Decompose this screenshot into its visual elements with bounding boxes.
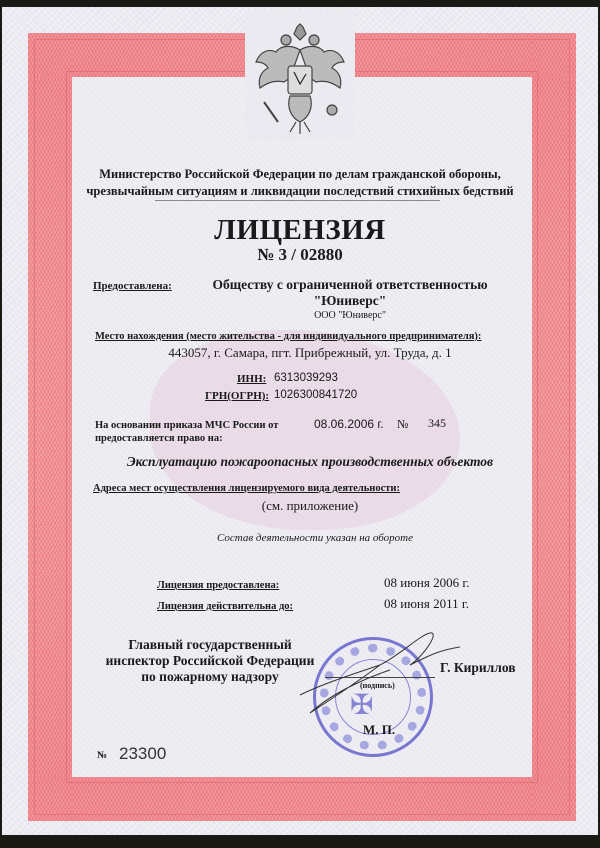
basis-number-label: № xyxy=(397,417,408,432)
licensed-activity: Эксплуатацию пожароопасных производствен… xyxy=(100,454,520,470)
handwritten-signature xyxy=(290,625,460,715)
issued-label: Лицензия предоставлена: xyxy=(157,580,279,591)
issued-value: 08 июня 2006 г. xyxy=(384,575,469,591)
signer-title-line-2: инспектор Российской Федерации xyxy=(100,653,320,669)
valid-value: 08 июня 2011 г. xyxy=(384,596,469,612)
ogrn-label: ГРН(ОГРН): xyxy=(205,390,269,402)
form-number: 23300 xyxy=(119,744,166,764)
granted-to-line-2: "Юниверс" xyxy=(200,293,500,309)
inn-label: ИНН: xyxy=(237,373,266,385)
ministry-line-1: Министерство Российской Федерации по дел… xyxy=(80,166,520,183)
granted-to-label: Предоставлена: xyxy=(93,280,172,292)
composition-note: Состав деятельности указан на обороте xyxy=(190,532,440,544)
addresses-value: (см. приложение) xyxy=(200,498,420,514)
valid-label: Лицензия действительна до: xyxy=(157,601,293,612)
license-title: ЛИЦЕНЗИЯ xyxy=(200,214,400,247)
license-number: № 3 / 02880 xyxy=(200,245,400,265)
signer-title: Главный государственный инспектор Россий… xyxy=(100,637,320,685)
granted-to-short: ООО "Юниверс" xyxy=(200,310,500,321)
location-value: 443057, г. Самара, пгт. Прибрежный, ул. … xyxy=(120,345,500,361)
ministry-line-2: чрезвычайным ситуациям и ликвидации посл… xyxy=(80,183,520,200)
basis-label-line-2: предоставляется право на: xyxy=(95,433,223,444)
basis-label-line-1: На основании приказа МЧС России от xyxy=(95,420,278,431)
granted-to-line-1: Обществу с ограниченной ответственностью xyxy=(200,277,500,293)
form-number-label: № xyxy=(97,750,107,761)
ogrn-value: 1026300841720 xyxy=(274,389,357,401)
signer-title-line-3: по пожарному надзору xyxy=(100,669,320,685)
addresses-label: Адреса мест осуществления лицензируемого… xyxy=(93,483,400,494)
inn-value: 6313039293 xyxy=(274,372,338,384)
double-headed-eagle-icon xyxy=(250,22,350,137)
location-label: Место нахождения (место жительства - для… xyxy=(95,331,481,342)
basis-date: 08.06.2006 г. xyxy=(314,417,384,431)
heading-rule xyxy=(155,200,440,201)
ministry-heading: Министерство Российской Федерации по дел… xyxy=(80,166,520,200)
seal-label: М. П. xyxy=(363,722,395,738)
basis-number: 345 xyxy=(428,416,446,431)
signer-title-line-1: Главный государственный xyxy=(100,637,320,653)
